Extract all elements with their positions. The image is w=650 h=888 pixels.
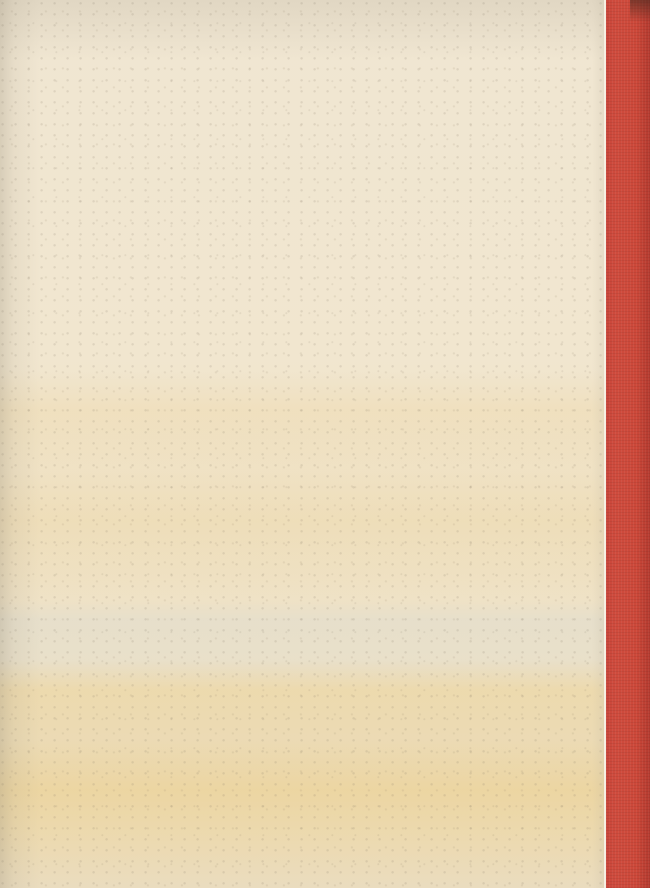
paper-foxing-texture [0,0,606,888]
book-back-cover [0,0,650,888]
red-cloth-spine [606,0,650,888]
spine-top-wear [630,0,650,22]
